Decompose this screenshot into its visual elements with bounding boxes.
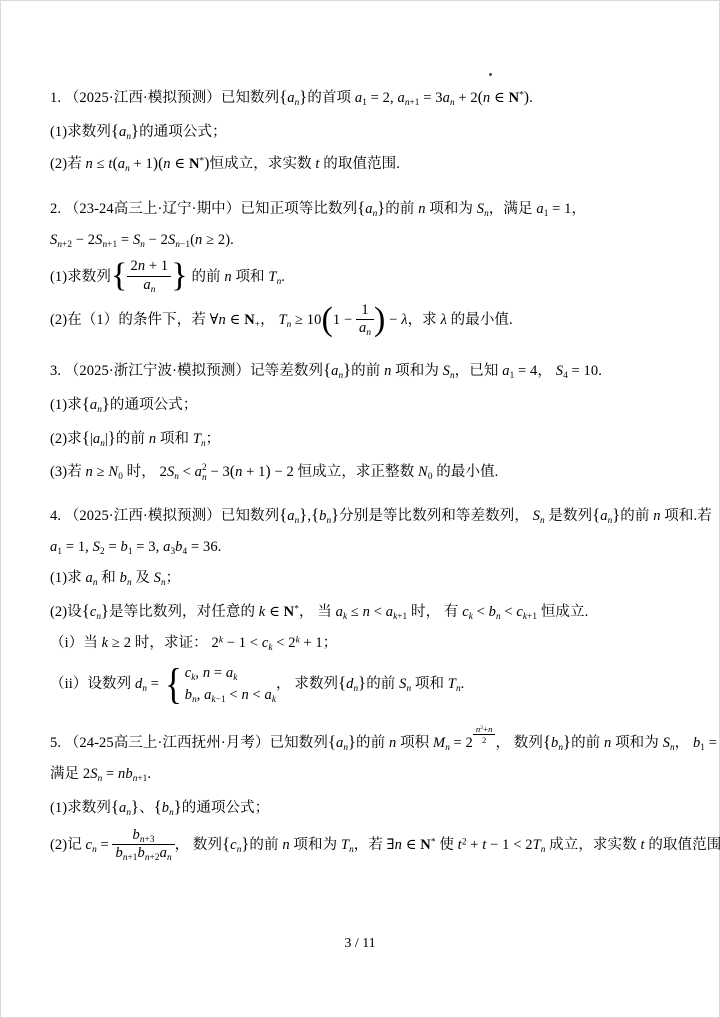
problem-line: 1. （2025·江西·模拟预测）已知数列{an}的首项 a1 = 2, an+…: [50, 84, 682, 110]
problem-line: 3. （2025·浙江宁波·模拟预测）记等差数列{an}的前 n 项和为 Sn，…: [50, 357, 682, 383]
problem-line: (3)若 n ≥ N0 时， 2Sn < a2n − 3(n + 1) − 2 …: [50, 460, 682, 484]
problems-container: 1. （2025·江西·模拟预测）已知数列{an}的首项 a1 = 2, an+…: [50, 84, 682, 882]
problem-line: (2)记 cn = bn+3bn+1bn+2an， 数列{cn}的前 n 项和为…: [50, 828, 682, 864]
problem-line: (2)求{|an|}的前 n 项和 Tn；: [50, 425, 682, 451]
problem-line: (1)求数列{an}的通项公式；: [50, 118, 682, 144]
problem-1: 1. （2025·江西·模拟预测）已知数列{an}的首项 a1 = 2, an+…: [50, 84, 682, 177]
problem-5: 5. （24-25高三上·江西抚州·月考）已知数列{an}的前 n 项积 Mn …: [50, 724, 682, 864]
problem-line: a1 = 1, S2 = b1 = 3, a3b4 = 36.: [50, 536, 682, 559]
problem-3: 3. （2025·浙江宁波·模拟预测）记等差数列{an}的前 n 项和为 Sn，…: [50, 357, 682, 484]
problem-line: (1)求数列{an}、{bn}的通项公式；: [50, 794, 682, 820]
problem-line: (1)求{an}的通项公式；: [50, 391, 682, 417]
problem-line: (2)若 n ≤ t(an + 1)(n ∈ N*)恒成立，求实数 t 的取值范…: [50, 152, 682, 176]
page-number: 3 / 11: [0, 936, 720, 952]
stray-dot: [489, 73, 492, 76]
problem-line: (1)求数列{2n + 1an} 的前 n 项和 Tn.: [50, 260, 682, 296]
document-page: 1. （2025·江西·模拟预测）已知数列{an}的首项 a1 = 2, an+…: [0, 0, 720, 1018]
problem-line: 满足 2Sn = nbn+1.: [50, 763, 682, 786]
problem-line: (1)求 an 和 bn 及 Sn；: [50, 567, 682, 590]
problem-line: 5. （24-25高三上·江西抚州·月考）已知数列{an}的前 n 项积 Mn …: [50, 724, 682, 755]
problem-2: 2. （23-24高三上·辽宁·期中）已知正项等比数列{an}的前 n 项和为 …: [50, 195, 682, 340]
problem-line: Sn+2 − 2Sn+1 = Sn − 2Sn−1(n ≥ 2).: [50, 229, 682, 252]
problem-line: 4. （2025·江西·模拟预测）已知数列{an},{bn}分别是等比数列和等差…: [50, 502, 682, 528]
problem-4: 4. （2025·江西·模拟预测）已知数列{an},{bn}分别是等比数列和等差…: [50, 502, 682, 706]
problem-line: (2)设{cn}是等比数列，对任意的 k ∈ N*， 当 ak ≤ n < ak…: [50, 598, 682, 624]
problem-line: 2. （23-24高三上·辽宁·期中）已知正项等比数列{an}的前 n 项和为 …: [50, 195, 682, 221]
problem-line: （i）当 k ≥ 2 时，求证： 2k − 1 < ck < 2k + 1；: [50, 632, 682, 655]
problem-line: （ii）设数列 dn = {ck, n = akbn, ak−1 < n < a…: [50, 663, 682, 707]
problem-line: (2)在（1）的条件下，若 ∀n ∈ N+， Tn ≥ 10(1 − 1an) …: [50, 303, 682, 339]
